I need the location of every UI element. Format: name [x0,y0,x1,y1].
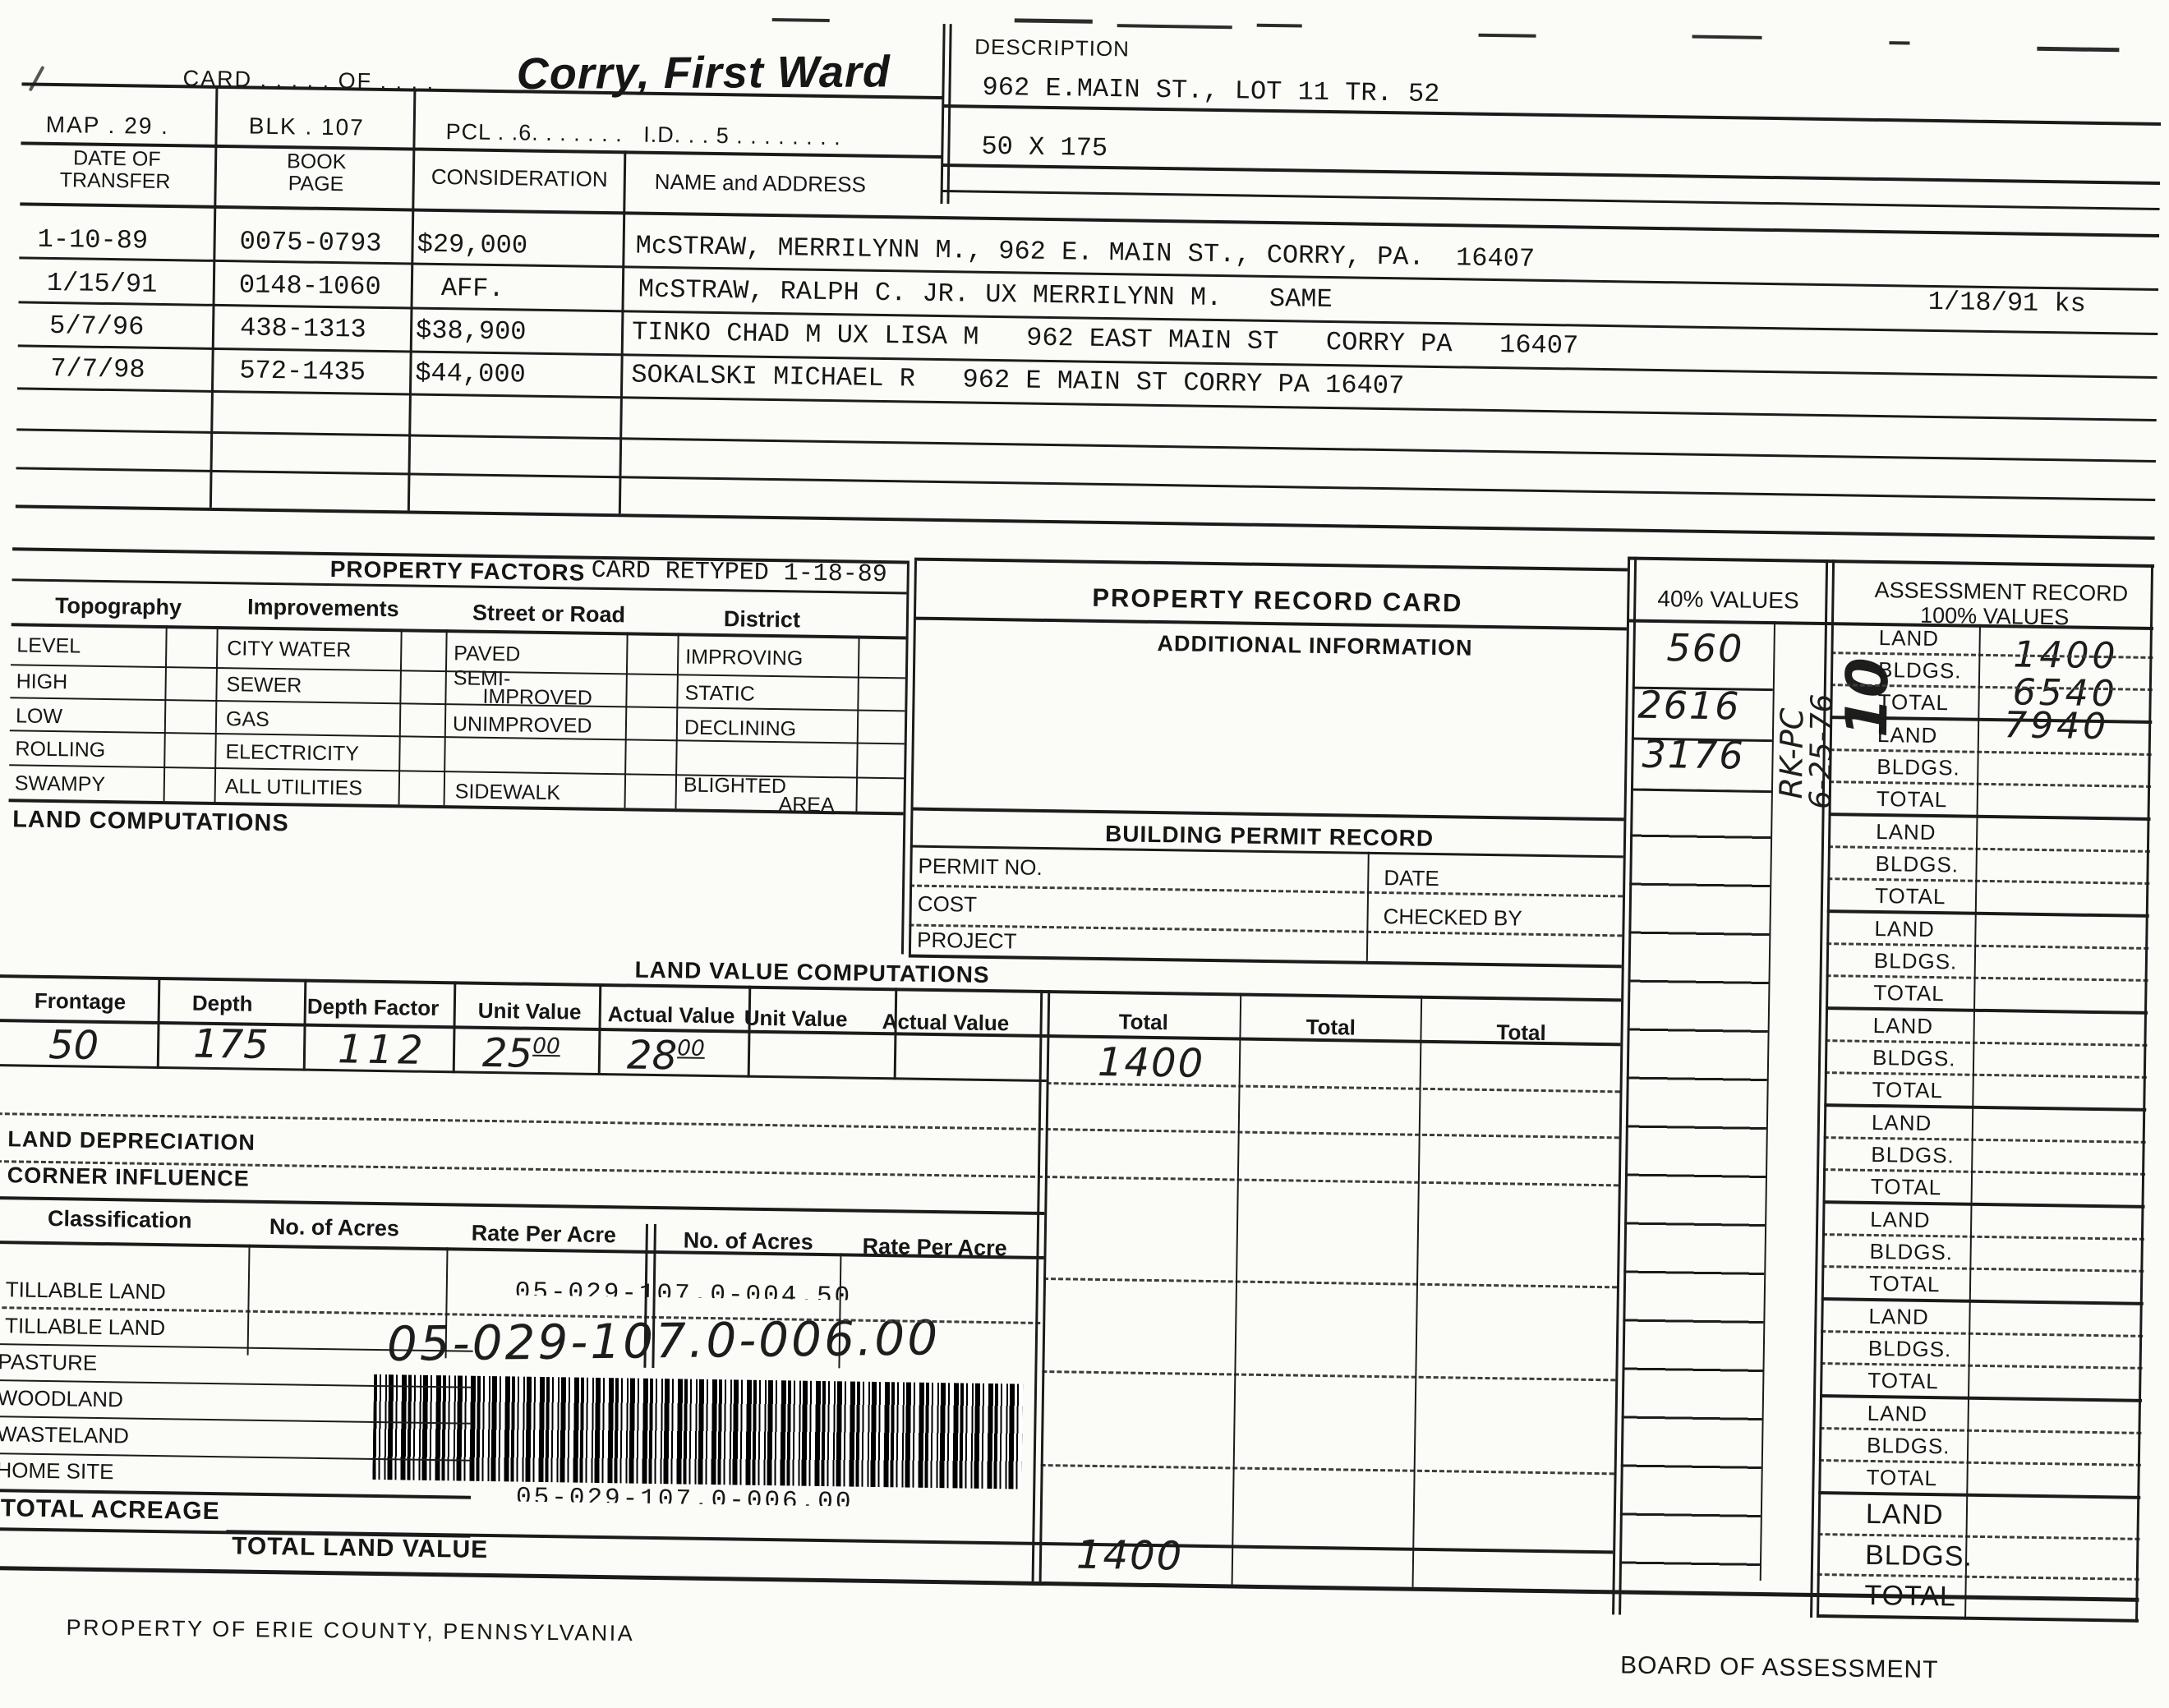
permit-no-label: PERMIT NO. [918,855,1043,880]
permit-checked-label: CHECKED BY [1383,905,1522,930]
assessment-record-table: LAND BLDGS. TOTAL LAND BLDGS. TOTAL LAND… [1817,622,2153,1623]
transfer-price: $38,900 [416,317,527,347]
rule-h [16,467,2156,501]
assessment-row: BLDGS. [1823,1139,2146,1176]
assessment-row: LAND [1824,1107,2147,1144]
assessment-row-label: TOTAL [1824,1076,1943,1103]
assessment-row-label: TOTAL [1829,785,1948,813]
additional-info-label: ADDITIONAL INFORMATION [1157,632,1472,660]
transfer-book: 438-1313 [240,314,366,343]
rule-v [163,625,168,801]
assessment-row: LAND [1819,1397,2142,1434]
lvc-depth-factor-value: 112 [338,1029,428,1071]
rule-v [1412,996,1423,1587]
assessment-row-label: LAND [1820,1400,1928,1427]
lvc-total-value: 1400 [1098,1042,1205,1085]
assessment-group: LAND BLDGS. TOTAL [1821,1204,2145,1305]
scan-noise [1257,24,1302,28]
rule-h [914,617,1627,631]
county-footer: PROPERTY OF ERIE COUNTY, PENNSYLVANIA [66,1616,634,1646]
rule-h [914,558,1628,572]
lvc-header: Unit Value [744,1007,848,1031]
rule-v [940,24,945,204]
lvc-header: Total [1118,1011,1168,1034]
scan-noise [1117,24,1232,29]
rule-v [210,85,219,508]
class-header: Rate Per Acre [472,1222,616,1247]
class-row: WOODLAND [0,1387,123,1411]
rule-h [10,697,905,711]
assessment-group: LAND BLDGS. TOTAL [1818,1397,2142,1499]
assessment-row-label: BLDGS. [1826,947,1958,974]
factor-item: ELECTRICITY [225,741,359,765]
factor-item: HIGH [16,670,67,693]
rule-v [946,24,951,204]
factor-item: UNIMPROVED [453,713,592,737]
rule-dash [1047,1082,1620,1093]
lvc-unit-value-sup: 00 [532,1034,560,1059]
blk-label: BLK . 107 [249,114,365,140]
parcel-id-typed-top-clip: 05-029-107.0-004.50 [515,1279,918,1301]
col-consideration: CONSIDERATION [431,166,608,191]
land-depreciation-label: LAND DEPRECIATION [7,1127,256,1154]
factor-item: SEWER [226,674,302,697]
assessment-group: LAND BLDGS. TOTAL [1824,1010,2148,1112]
rule-v [247,1245,251,1356]
assessment-row-label: TOTAL [1826,979,1945,1006]
transfer-price: $44,000 [415,360,526,389]
transfer-name: SOKALSKI MICHAEL R 962 E MAIN ST CORRY P… [631,361,1404,400]
assessment-row: TOTAL [1830,686,2152,720]
transfer-price: $29,000 [417,231,527,260]
assessment-row-label: LAND [1826,1012,1934,1039]
lvc-header: Depth [192,992,253,1016]
rule-v [1366,852,1370,961]
transfer-book: 0148-1060 [239,271,381,301]
transfer-price: AFF. [441,274,504,303]
assessment-row: TOTAL [1823,1171,2145,1205]
rule-v [444,629,448,805]
barcode [372,1374,1023,1489]
permit-title: BUILDING PERMIT RECORD [1105,822,1434,851]
parcel-id-handwritten: 05-029-107.0-006.00 [387,1313,941,1370]
class-row: TILLABLE LAND [5,1314,165,1339]
rule-h [942,190,2160,210]
assessment-row: TOTAL [1829,783,2151,817]
factor-item: DECLINING [684,716,797,740]
assessment-row-label: TOTAL [1823,1173,1942,1200]
transfer-name: McSTRAW, RALPH C. JR. UX MERRILYNN M. SA… [638,276,1333,314]
rule-h [9,764,904,779]
scan-noise [1889,41,1909,44]
factor-item: ALL UTILITIES [225,776,363,799]
lvc-depth-value: 175 [193,1024,269,1066]
property-record-card-scan: CARD . . . . . OF . . . . Corry, First W… [0,0,2169,1676]
value40-entry: 2616 [1637,685,1741,727]
lvc-unit-value: 2500 [482,1033,560,1075]
permit-cost-label: COST [918,893,978,917]
class-row: TILLABLE LAND [6,1278,166,1303]
factor-item: LEVEL [16,634,81,657]
rule-v [855,636,859,812]
assessment-row: LAND [1826,913,2149,950]
rule-h [942,163,2160,185]
rule-v [909,561,917,955]
col-page: PAGE [288,173,344,196]
factor-item: BLIGHTED [684,774,786,797]
col-date-of: DATE OF [73,147,161,170]
assessment-row: LAND [1830,719,2153,756]
scan-noise [1479,34,1536,38]
rule-h [16,428,2156,463]
factor-item: GAS [226,708,269,730]
rule-v [901,560,910,954]
transfer-book: 0075-0793 [239,228,381,257]
class-header: Classification [48,1207,192,1232]
parcel-id-typed-bottom-clip: 05-029-107.0-006.00 [516,1485,919,1508]
total-acreage-label: TOTAL ACREAGE [1,1495,220,1525]
factors-col-improvements: Improvements [247,596,399,621]
assessment-row: BLDGS. [1821,1236,2144,1273]
assessment-row-label: BLDGS. [1831,656,1962,684]
assessment-row-label: LAND [1822,1206,1931,1233]
lvc-header: Frontage [35,990,127,1014]
parcel-id-typed-top: 05-029-107.0-004.50 [515,1279,853,1301]
col-name-address: NAME and ADDRESS [655,171,867,196]
factor-item: ROLLING [15,738,105,761]
lvc-frontage-value: 50 [48,1024,99,1067]
factor-item: SWAMPY [15,772,106,795]
rule-v [1232,993,1242,1585]
assessment-row-label: TOTAL [1830,688,1949,716]
permit-project-label: PROJECT [917,929,1017,953]
assessment-group: LAND BLDGS. TOTAL [1826,913,2149,1015]
assessment-row-label: LAND [1826,915,1935,942]
assessment-row-label: TOTAL [1818,1464,1937,1491]
scan-noise [772,18,830,22]
class-row: HOME SITE [0,1459,114,1484]
assessment-group: LAND BLDGS. TOTAL [1817,1494,2140,1623]
lvc-header: Depth Factor [307,996,440,1020]
rule-dash [1041,1464,1614,1475]
assessment-row: BLDGS. [1821,1333,2144,1370]
transfer-date: 5/7/96 [49,312,145,342]
transfer-date: 7/7/98 [50,355,145,384]
assessment-row-label: LAND [1831,624,1940,651]
lvc-header: Total [1306,1016,1356,1039]
assessment-row: LAND [1818,1494,2141,1540]
assessment-row: LAND [1825,1010,2148,1047]
description-label: DESCRIPTION [974,36,1130,61]
permit-date-label: DATE [1384,867,1439,891]
transfer-date: 1-10-89 [37,226,148,256]
lvc-actual-value-num: 28 [627,1032,678,1079]
description-size: 50 X 175 [981,133,1108,163]
assessment-row: BLDGS. [1825,1042,2148,1079]
total-land-value-amount: 1400 [1076,1535,1184,1578]
factor-item: IMPROVING [685,646,803,670]
rule-v [619,150,627,513]
scan-noise [1692,35,1762,39]
retyped-note: CARD RETYPED 1-18-89 [592,559,887,589]
rule-h [16,504,2155,540]
assessment-row-label: TOTAL [1820,1367,1939,1394]
description-address: 962 E.MAIN ST., LOT 11 TR. 52 [982,74,1439,108]
assessment-row-label: BLDGS. [1819,1432,1950,1459]
rule-dash [1042,1370,1615,1381]
assessment-row: LAND [1822,1204,2145,1241]
assessment-row: TOTAL [1818,1462,2140,1496]
corner-influence-label: CORNER INFLUENCE [7,1163,250,1190]
assessment-group: LAND BLDGS. TOTAL [1823,1107,2147,1208]
assessment-row-label: LAND [1824,1109,1932,1136]
lvc-actual-value: 2800 [627,1034,705,1077]
assessment-row: TOTAL [1826,977,2148,1011]
transfer-date: 1/15/91 [47,269,158,299]
col-book: BOOK [287,150,347,173]
assessment-row: BLDGS. [1826,945,2149,982]
assessment-title: ASSESSMENT RECORD [1874,578,2128,605]
factor-item: LOW [16,705,62,727]
lvc-actual-value-sup: 00 [677,1035,705,1061]
transfer-book: 572-1435 [239,357,366,386]
class-row: WASTELAND [0,1423,129,1448]
margin-note: 1/18/91 ks [1928,288,2087,319]
assessment-row-label: BLDGS. [1825,1044,1956,1071]
parcel-id-typed-bottom: 05-029-107.0-006.00 [516,1485,854,1508]
assessment-group: LAND BLDGS. TOTAL [1829,719,2153,821]
rule-dash [1043,1278,1617,1288]
rule-v [408,88,417,510]
assessment-row: TOTAL [1824,1074,2146,1108]
values40-label: 40% VALUES [1657,587,1799,613]
class-header: No. of Acres [269,1215,399,1241]
board-footer: BOARD OF ASSESSMENT [1620,1652,1939,1676]
lvc-unit-value-num: 25 [482,1030,533,1077]
factor-item: STATIC [684,682,755,705]
assessment-row: TOTAL [1827,880,2149,914]
lvc-header: Unit Value [478,1000,582,1024]
class-row: PASTURE [0,1351,97,1374]
value40-entry: 560 [1666,628,1744,669]
factors-col-topography: Topography [55,594,182,619]
assessment-row-label: TOTAL [1821,1270,1941,1297]
factors-col-street: Street or Road [472,601,625,627]
assessment-row: LAND [1828,816,2151,853]
land-computations-title: LAND COMPUTATIONS [12,807,289,836]
assessment-row: BLDGS. [1819,1429,2142,1466]
factors-col-district: District [724,607,800,632]
assessment-row-label: BLDGS. [1821,1335,1952,1362]
assessment-group: LAND BLDGS. TOTAL [1827,816,2151,918]
values40-empty-rows [1619,789,1771,1581]
rule-v [398,628,403,804]
rule-dash [910,885,1623,898]
rule-v [675,633,679,808]
assessment-row-label: LAND [1821,1303,1929,1330]
rule-h [1628,556,2154,568]
assessment-row-label: LAND [1830,721,1938,748]
record-card-title: PROPERTY RECORD CARD [1092,585,1463,618]
assessment-row: LAND [1821,1301,2144,1337]
assessment-row-label: LAND [1818,1498,1944,1531]
scan-noise [2037,47,2119,52]
scan-noise [1015,18,1093,23]
assessment-row: TOTAL [1820,1365,2142,1399]
assessment-group: LAND BLDGS. TOTAL [1830,622,2153,724]
lvc-header: Actual Value [608,1003,735,1028]
assessment-row: BLDGS. [1827,848,2150,885]
pcl-id-label: PCL . .6. . . . . . . I.D. . . 5 . . . .… [445,120,840,150]
assessment-row-label: BLDGS. [1821,1238,1953,1265]
rule-v [624,632,628,808]
transfer-name: TINKO CHAD M UX LISA M 962 EAST MAIN ST … [632,318,1579,360]
assessment-row: BLDGS. [1829,751,2152,788]
factor-item: PAVED [454,642,520,665]
rule-h [943,104,2161,126]
assessment-row-label: BLDGS. [1823,1141,1955,1168]
rule-h [909,955,1622,969]
assessment-row: BLDGS. [1817,1535,2140,1581]
assessment-row-label: LAND [1828,818,1936,845]
total-land-value-label: TOTAL LAND VALUE [232,1533,489,1563]
assessment-row-label: BLDGS. [1829,753,1960,780]
assessment-row: TOTAL [1821,1268,2144,1302]
pen-mark [29,66,45,92]
rule-h [910,808,1623,822]
map-label: MAP . 29 . [46,113,170,139]
factor-item: SIDEWALK [455,780,561,803]
factor-item: CITY WATER [227,638,351,661]
col-transfer: TRANSFER [60,169,171,192]
assessment-row-label: BLDGS. [1827,850,1959,877]
class-header: No. of Acres [683,1229,813,1255]
assessment-row-label: BLDGS. [1817,1539,1973,1573]
factors-title: PROPERTY FACTORS [330,557,586,585]
assessment-row: BLDGS. [1831,654,2153,691]
assessment-row-label: TOTAL [1827,882,1946,909]
lvc-title: LAND VALUE COMPUTATIONS [634,958,989,988]
assessment-group: LAND BLDGS. TOTAL [1820,1301,2144,1402]
rule-v [214,626,219,802]
